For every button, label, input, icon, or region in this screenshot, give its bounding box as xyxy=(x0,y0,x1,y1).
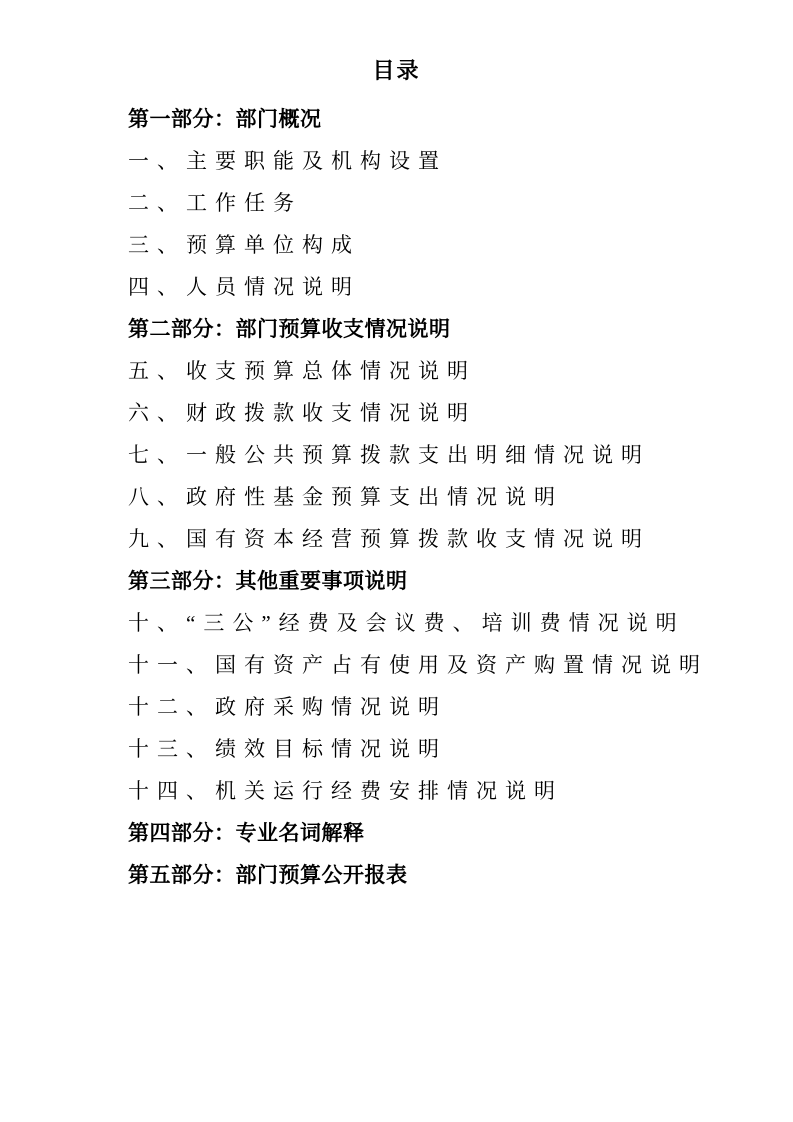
page-title: 目录 xyxy=(0,60,793,82)
toc-list: 第一部分：部门概况 一、主要职能及机构设置 二、工作任务 三、预算单位构成 四、… xyxy=(0,98,793,896)
toc-entry-1: 一、主要职能及机构设置 xyxy=(128,140,733,182)
toc-entry-3: 三、预算单位构成 xyxy=(128,224,733,266)
document-page: 目录 第一部分：部门概况 一、主要职能及机构设置 二、工作任务 三、预算单位构成… xyxy=(0,0,793,1122)
toc-entry-13: 十三、绩效目标情况说明 xyxy=(128,728,733,770)
toc-part-4-heading: 第四部分：专业名词解释 xyxy=(128,812,733,854)
toc-entry-8: 八、政府性基金预算支出情况说明 xyxy=(128,476,733,518)
toc-entry-14: 十四、机关运行经费安排情况说明 xyxy=(128,770,733,812)
toc-entry-9: 九、国有资本经营预算拨款收支情况说明 xyxy=(128,518,733,560)
toc-part-3-heading: 第三部分：其他重要事项说明 xyxy=(128,560,733,602)
toc-entry-12: 十二、政府采购情况说明 xyxy=(128,686,733,728)
toc-part-5-heading: 第五部分：部门预算公开报表 xyxy=(128,854,733,896)
toc-entry-10: 十、“三公”经费及会议费、培训费情况说明 xyxy=(128,602,733,644)
toc-entry-6: 六、财政拨款收支情况说明 xyxy=(128,392,733,434)
toc-entry-2: 二、工作任务 xyxy=(128,182,733,224)
toc-entry-7: 七、一般公共预算拨款支出明细情况说明 xyxy=(128,434,733,476)
toc-entry-5: 五、收支预算总体情况说明 xyxy=(128,350,733,392)
toc-part-2-heading: 第二部分：部门预算收支情况说明 xyxy=(128,308,733,350)
toc-entry-11: 十一、国有资产占有使用及资产购置情况说明 xyxy=(128,644,733,686)
toc-part-1-heading: 第一部分：部门概况 xyxy=(128,98,733,140)
toc-entry-4: 四、人员情况说明 xyxy=(128,266,733,308)
